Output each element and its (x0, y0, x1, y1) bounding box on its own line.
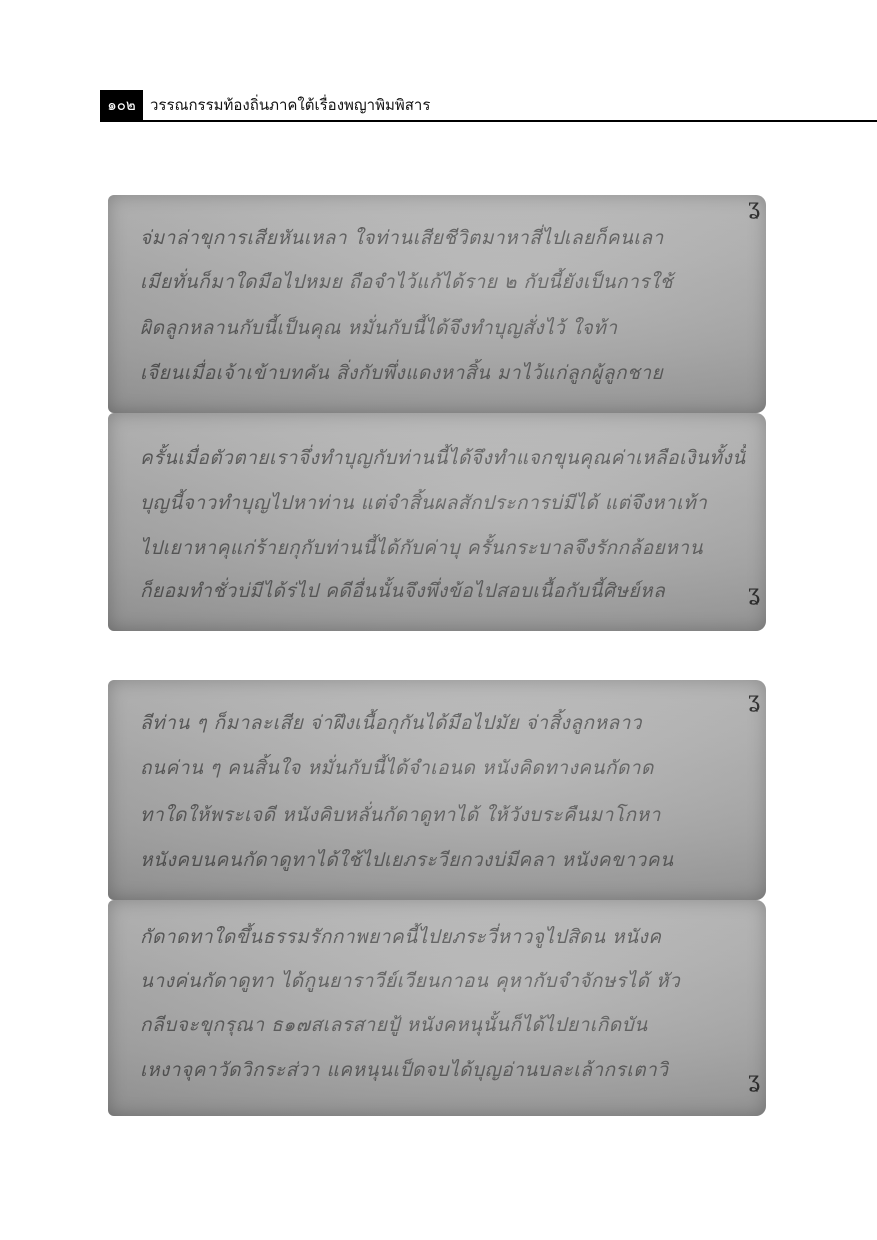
manuscript-leaf: กัดาดทาใดขึ้นธรรมรักกาพยาคนี้ไปยภระวี่หา… (108, 900, 766, 1116)
manuscript-leaf: จ่มาล่าขุการเสียหันเหลา ใจท่านเสียชีวิตม… (108, 195, 766, 413)
manuscript-line: ครั้นเมื่อตัวตายเราจึ่งทำบุญกับท่านนี้ได… (140, 443, 746, 473)
manuscript-line: นางค่นกัดาดูทา ได้กูนยาราวีย์เวียนกาอน ค… (140, 966, 746, 996)
manuscript-line: ก็ยอมทำชั่วบ่มีได้ร่ไป คดีอื่นนั้นจึงพึ่… (140, 576, 746, 606)
manuscript-line: เมียทั่นก็มาใดมือไปหมย ถือจำไว้แก้ได้ราย… (140, 267, 746, 297)
page-number: ๑๐๒ (100, 90, 143, 121)
page-mark-icon: ʓ (748, 688, 760, 713)
manuscript-line: เจียนเมื่อเจ้าเข้าบทคัน สิ่งกับพึ่งแดงหา… (140, 358, 746, 388)
page-header: ๑๐๒ วรรณกรรมท้องถิ่นภาคใต้เรื่องพญาพิมพิ… (100, 90, 877, 122)
page-mark-icon: ʓ (748, 581, 760, 606)
manuscript-line: ทาใดให้พระเจดี หนังคิบหลั่นกัดาดูทาได้ ใ… (140, 800, 746, 830)
manuscript-photo-1: จ่มาล่าขุการเสียหันเหลา ใจท่านเสียชีวิตม… (108, 195, 768, 635)
manuscript-line: กัดาดทาใดขึ้นธรรมรักกาพยาคนี้ไปยภระวี่หา… (140, 922, 746, 952)
manuscript-photo-2: ลีท่าน ๆ ก็มาละเสีย จ่าฝึงเนื้อกุกันได้ม… (108, 680, 768, 1120)
running-title: วรรณกรรมท้องถิ่นภาคใต้เรื่องพญาพิมพิสาร (150, 90, 430, 121)
page-mark-icon: ʓ (748, 1068, 760, 1093)
manuscript-line: ถนค่าน ๆ คนสิ้นใจ หมั่นกับนี้ได้จำเอนด ห… (140, 753, 746, 783)
manuscript-line: หนังคบนคนกัดาดูทาได้ใช้ไปเยภระวียกวงบ่มี… (140, 845, 746, 875)
manuscript-line: จ่มาล่าขุการเสียหันเหลา ใจท่านเสียชีวิตม… (140, 223, 746, 253)
header-rule (100, 120, 877, 122)
manuscript-line: กลีบจะขุกรุณา ธ๑๗สเลรสายปู้ หนังคหนุนั้น… (140, 1010, 746, 1040)
manuscript-line: ผิดลูกหลานกับนี้เป็นคุณ หมั่นกับนี้ได้จึ… (140, 313, 746, 343)
manuscript-line: ไปเยาหาคุแก่ร้ายกุกับท่านนี้ได้กับค่าบุ … (140, 533, 746, 563)
page-mark-icon: ʓ (748, 195, 760, 220)
manuscript-leaf: ลีท่าน ๆ ก็มาละเสีย จ่าฝึงเนื้อกุกันได้ม… (108, 680, 766, 900)
manuscript-line: เหงาจุคาวัดวิกระส่วา แคหนุนเป็ดจบได้บุญอ… (140, 1055, 746, 1085)
manuscript-leaf: ครั้นเมื่อตัวตายเราจึ่งทำบุญกับท่านนี้ได… (108, 413, 766, 631)
manuscript-line: บุญนี้จาวทำบุญไปหาท่าน แต่จำสิ้นผลสักประ… (140, 488, 746, 518)
manuscript-line: ลีท่าน ๆ ก็มาละเสีย จ่าฝึงเนื้อกุกันได้ม… (140, 708, 746, 738)
